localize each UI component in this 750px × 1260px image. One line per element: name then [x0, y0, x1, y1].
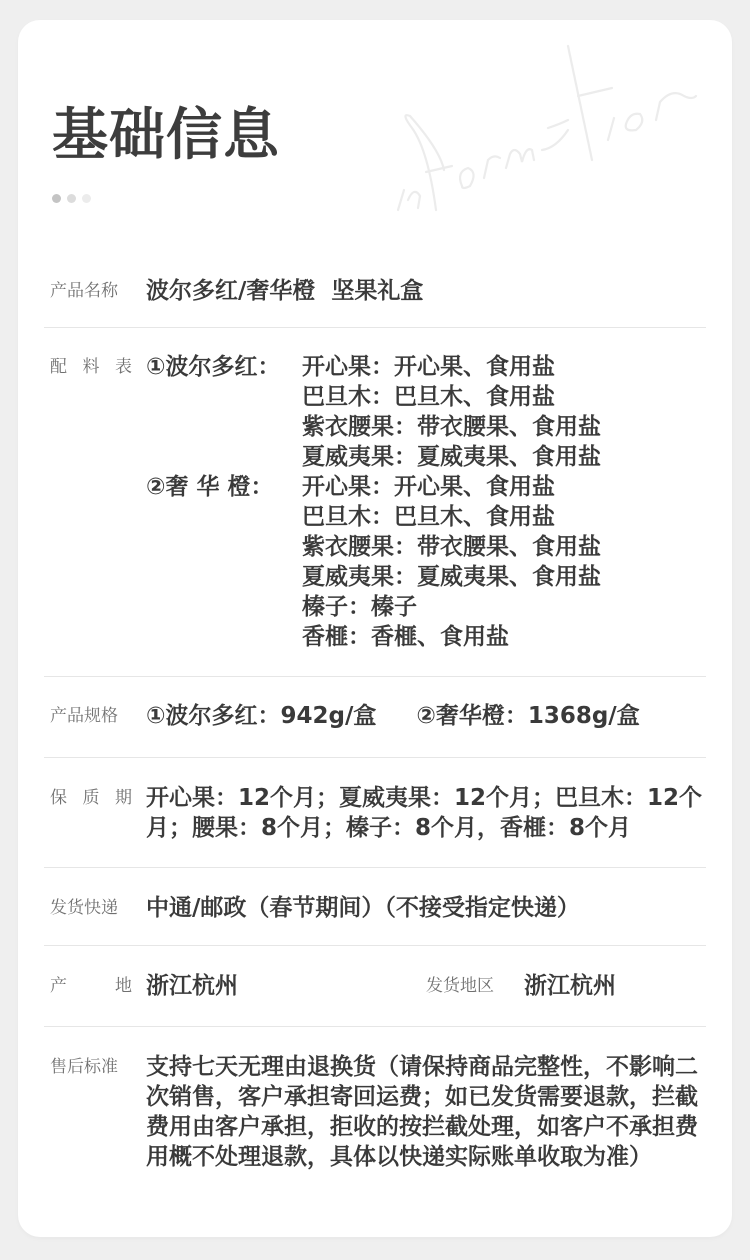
page-title: 基础信息 [52, 100, 280, 172]
ingredient-line: 巴旦木：巴旦木、食用盐 [146, 382, 706, 412]
origin-label: 产 地 [50, 971, 132, 1001]
row-product-name: 产品名称 波尔多红/奢华橙 坚果礼盒 [46, 276, 706, 308]
spec-value-1: ①波尔多红：942g/盒 [146, 701, 376, 731]
courier-value: 中通/邮政（春节期间）（不接受指定快递） [146, 893, 706, 923]
dot-1 [52, 194, 61, 203]
group-name: ①波尔多红： [146, 352, 302, 382]
row-shelf-life: 保 质 期 开心果：12个月；夏威夷果：12个月；巴旦木：12个月；腰果：8个月… [46, 783, 706, 847]
ingredient-line: 榛子：榛子 [146, 592, 706, 622]
ship-from-label: 发货地区 [426, 971, 494, 1001]
ingredients-label: 配 料 表 [50, 352, 132, 382]
ingredient-line: ①波尔多红： 开心果：开心果、食用盐 [146, 352, 706, 382]
spec-label: 产品规格 [50, 701, 132, 731]
divider [44, 676, 706, 677]
dot-3 [82, 194, 91, 203]
divider [44, 1026, 706, 1027]
row-origin: 产 地 浙江杭州 发货地区 浙江杭州 [46, 971, 706, 1003]
dot-2 [67, 194, 76, 203]
after-sales-label: 售后标准 [50, 1052, 132, 1082]
ingredients-value: ①波尔多红： 开心果：开心果、食用盐 巴旦木：巴旦木、食用盐 紫衣腰果：带衣腰果… [146, 352, 706, 652]
ship-from-value: 浙江杭州 [524, 971, 616, 1001]
divider [44, 867, 706, 868]
spec-value: ①波尔多红：942g/盒 ②奢华橙：1368g/盒 [146, 701, 706, 731]
divider [44, 757, 706, 758]
spec-value-2: ②奢华橙：1368g/盒 [416, 701, 639, 731]
row-courier: 发货快递 中通/邮政（春节期间）（不接受指定快递） [46, 893, 706, 925]
group-name: ②奢 华 橙： [146, 472, 302, 502]
product-name-label: 产品名称 [50, 276, 132, 306]
ingredient-line: ②奢 华 橙： 开心果：开心果、食用盐 [146, 472, 706, 502]
divider [44, 945, 706, 946]
ingredient-line: 夏威夷果：夏威夷果、食用盐 [146, 562, 706, 592]
product-name-value: 波尔多红/奢华橙 坚果礼盒 [146, 276, 706, 306]
row-after-sales: 售后标准 支持七天无理由退换货（请保持商品完整性，不影响二次销售，客户承担寄回运… [46, 1052, 706, 1202]
ingredient-line: 紫衣腰果：带衣腰果、食用盐 [146, 412, 706, 442]
row-ingredients: 配 料 表 ①波尔多红： 开心果：开心果、食用盐 巴旦木：巴旦木、食用盐 紫衣腰… [46, 352, 706, 652]
row-spec: 产品规格 ①波尔多红：942g/盒 ②奢华橙：1368g/盒 [46, 701, 706, 733]
ingredient-line: 紫衣腰果：带衣腰果、食用盐 [146, 532, 706, 562]
shelf-life-label: 保 质 期 [50, 783, 132, 813]
courier-label: 发货快递 [50, 893, 132, 923]
ingredient-line: 夏威夷果：夏威夷果、食用盐 [146, 442, 706, 472]
ingredient-line: 香榧：香榧、食用盐 [146, 622, 706, 652]
divider [44, 327, 706, 328]
after-sales-value: 支持七天无理由退换货（请保持商品完整性，不影响二次销售，客户承担寄回运费；如已发… [146, 1052, 706, 1172]
ingredient-line: 巴旦木：巴旦木、食用盐 [146, 502, 706, 532]
page-indicator-dots [52, 194, 91, 203]
shelf-life-value: 开心果：12个月；夏威夷果：12个月；巴旦木：12个月；腰果：8个月；榛子：8个… [146, 783, 706, 843]
